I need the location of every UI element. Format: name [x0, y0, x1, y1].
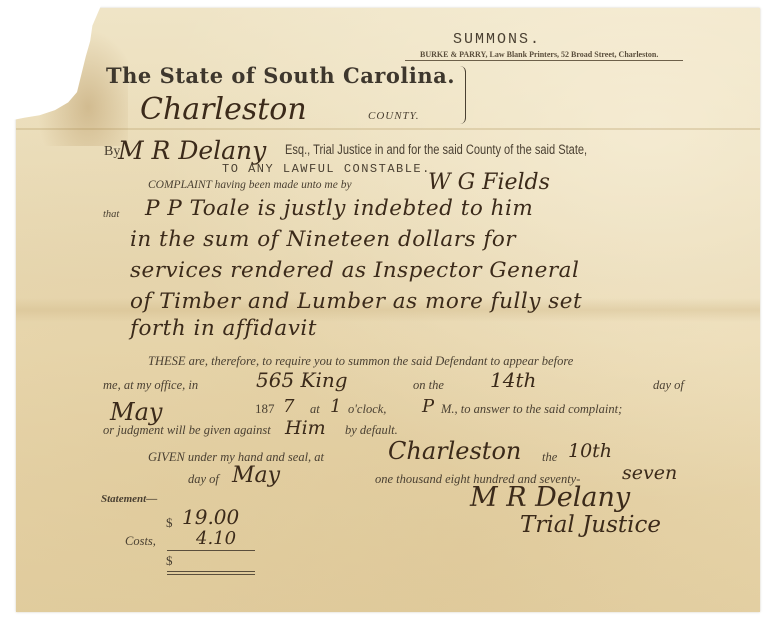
complaint-body-line: services rendered as Inspector General — [130, 258, 579, 283]
these-line: THESE are, therefore, to require you to … — [148, 354, 573, 369]
complaint-intro: COMPLAINT having been made unto me by — [148, 179, 352, 191]
year-digit-handwritten: 7 — [283, 396, 294, 417]
signature-title-handwritten: Trial Justice — [520, 512, 661, 538]
the-label: the — [542, 450, 557, 465]
total-dollar-sign: $ — [166, 553, 173, 569]
fold-crease-top — [16, 128, 760, 130]
given-year-handwritten: seven — [622, 462, 677, 484]
bracket-brace — [457, 66, 466, 124]
office-address-handwritten: 565 King — [256, 368, 348, 392]
against-handwritten: Him — [285, 417, 326, 439]
state-title: The State of South Carolina. — [106, 63, 455, 88]
complainant-handwritten: W G Fields — [428, 170, 550, 195]
statement-label: Statement— — [101, 493, 157, 505]
office-label: me, at my office, in — [103, 378, 198, 393]
oclock-label: o'clock, — [348, 402, 386, 417]
to-constable-line: TO ANY LAWFUL CONSTABLE. — [222, 162, 431, 176]
judgment-line: or judgment will be given against — [103, 423, 271, 438]
year-printed: 187 — [255, 401, 275, 417]
given-date-handwritten: 10th — [568, 440, 612, 462]
dollar-sign: $ — [166, 515, 173, 531]
on-the-label: on the — [413, 378, 444, 393]
at-label: at — [310, 402, 320, 417]
meridiem-handwritten: P — [422, 396, 434, 417]
form-title: SUMMONS. — [453, 31, 541, 48]
esq-trial-justice-line: Esq., Trial Justice in and for the said … — [285, 142, 587, 157]
complaint-body-line: in the sum of Nineteen dollars for — [130, 227, 516, 252]
appearance-day-handwritten: 14th — [490, 368, 536, 392]
hour-handwritten: 1 — [330, 396, 341, 417]
that-label: that — [103, 209, 119, 220]
answer-line: M., to answer to the said complaint; — [441, 402, 622, 417]
total-rule — [167, 571, 255, 572]
costs-label: Costs, — [125, 534, 156, 549]
given-month-handwritten: May — [232, 463, 280, 488]
justice-name-handwritten: M R Delany — [118, 136, 266, 165]
complaint-body-line: forth in affidavit — [130, 316, 317, 341]
header-rule — [405, 60, 683, 61]
amount-handwritten: 19.00 — [182, 505, 239, 529]
given-place-handwritten: Charleston — [388, 437, 521, 465]
county-label: COUNTY. — [368, 110, 420, 122]
default-line: by default. — [345, 423, 398, 438]
signature-handwritten: M R Delany — [470, 482, 630, 513]
county-name-handwritten: Charleston — [140, 92, 307, 127]
complaint-body-line: P P Toale is justly indebted to him — [145, 196, 533, 221]
complaint-body-line: of Timber and Lumber as more fully set — [130, 289, 582, 314]
costs-rule — [167, 550, 255, 551]
total-rule-double — [167, 574, 255, 575]
costs-handwritten: 4.10 — [196, 528, 236, 549]
day-of-label: day of — [188, 472, 219, 487]
appearance-month-handwritten: May — [110, 398, 162, 426]
day-of-label: day of — [653, 378, 684, 393]
printer-imprint: BURKE & PARRY, Law Blank Printers, 52 Br… — [420, 50, 658, 59]
